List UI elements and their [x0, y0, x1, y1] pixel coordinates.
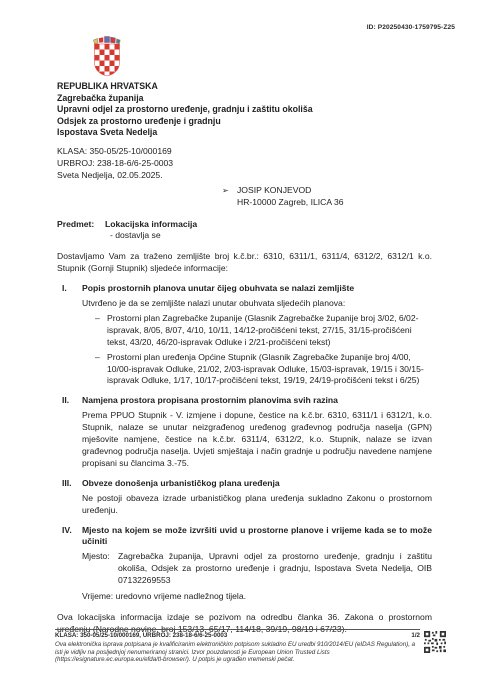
vrijeme-line: Vrijeme: uredovno vrijeme nadležnog tije…: [57, 591, 432, 603]
section-2: II. Namjena prostora propisana prostorni…: [57, 395, 432, 469]
recipient-block: ➢ JOSIP KONJEVOD HR-10000 Zagreb, ILICA …: [222, 185, 432, 209]
document-content: REPUBLIKA HRVATSKA Zagrebačka županija U…: [0, 0, 488, 636]
section-3-number: III.: [62, 478, 82, 490]
mjesto-value: Zagrebačka županija, Upravni odjel za pr…: [118, 551, 432, 587]
qr-code-icon: [424, 631, 446, 653]
bullet-dash-icon: –: [95, 313, 107, 349]
bullet-dash-icon: –: [95, 352, 107, 388]
section-3: III. Obveze donošenja urbanističkog plan…: [57, 478, 432, 517]
letterhead-country: REPUBLIKA HRVATSKA: [57, 81, 329, 93]
croatia-coat-of-arms-icon: [93, 33, 121, 77]
section-2-number: II.: [62, 395, 82, 407]
urbroj-number: URBROJ: 238-18-6/6-25-0003: [57, 158, 432, 170]
section-3-title: Obveze donošenja urbanističkog plana ure…: [82, 478, 432, 490]
section-1: I. Popis prostornih planova unutar čijeg…: [57, 283, 432, 387]
recipient-address: HR-10000 Zagreb, ILICA 36: [237, 197, 344, 209]
letterhead-county: Zagrebačka županija: [57, 93, 329, 105]
subject-title: Lokacijska informacija: [105, 219, 197, 231]
letterhead-department: Upravni odjel za prostorno uređenje, gra…: [57, 104, 329, 116]
page-footer: KLASA: 350-05/25-10/000169, URBROJ: 238-…: [55, 629, 420, 664]
section-4-number: IV.: [62, 525, 82, 549]
section-2-title: Namjena prostora propisana prostornim pl…: [82, 395, 432, 407]
footer-divider: [55, 629, 420, 630]
list-item: – Prostorni plan uređenja Općine Stupnik…: [57, 352, 432, 388]
mjesto-label: Mjesto:: [82, 551, 118, 587]
section-4-title: Mjesto na kojem se može izvršiti uvid u …: [82, 525, 432, 549]
letterhead-office: Ispostava Sveta Nedelja: [57, 127, 329, 139]
section-1-bullet-2: Prostorni plan uređenja Općine Stupnik (…: [107, 352, 432, 388]
letterhead-section: Odsjek za prostorno uređenje i gradnju: [57, 116, 329, 128]
section-1-number: I.: [62, 283, 82, 295]
subject-subtitle: - dostavlja se: [110, 230, 197, 242]
document-id: ID: P20250430-1759795-Z25: [367, 24, 455, 31]
klasa-number: KLASA: 350-05/25-10/000169: [57, 146, 432, 158]
mjesto-row: Mjesto: Zagrebačka županija, Upravni odj…: [57, 551, 432, 587]
section-1-lead: Utvrđeno je da se zemljište nalazi unuta…: [57, 298, 432, 310]
recipient-name: JOSIP KONJEVOD: [237, 185, 344, 197]
list-item: – Prostorni plan Zagrebačke županije (Gl…: [57, 313, 432, 349]
arrowhead-icon: ➢: [222, 185, 237, 209]
document-page: ID: P20250430-1759795-Z25: [0, 0, 488, 690]
section-1-title: Popis prostornih planova unutar čijeg ob…: [82, 283, 432, 295]
subject-block: Predmet: Lokacijska informacija - dostav…: [57, 219, 432, 243]
page-number: 1/2: [411, 632, 420, 640]
section-1-bullet-1: Prostorni plan Zagrebačke županije (Glas…: [107, 313, 432, 349]
esignature-note: Ova elektronička isprava potpisana je kv…: [55, 641, 420, 664]
footer-reference: KLASA: 350-05/25-10/000169, URBROJ: 238-…: [55, 632, 227, 640]
section-2-body: Prema PPUO Stupnik - V. izmjene i dopune…: [57, 410, 432, 470]
reference-block: KLASA: 350-05/25-10/000169 URBROJ: 238-1…: [57, 146, 432, 182]
intro-paragraph: Dostavljamo Vam za traženo zemljište bro…: [57, 251, 432, 275]
section-3-body: Ne postoji obaveza izrade urbanističkog …: [57, 493, 432, 517]
place-date: Sveta Nedjelja, 02.05.2025.: [57, 170, 432, 182]
letterhead: REPUBLIKA HRVATSKA Zagrebačka županija U…: [57, 81, 329, 139]
subject-label: Predmet:: [57, 219, 105, 243]
section-4: IV. Mjesto na kojem se može izvršiti uvi…: [57, 525, 432, 603]
